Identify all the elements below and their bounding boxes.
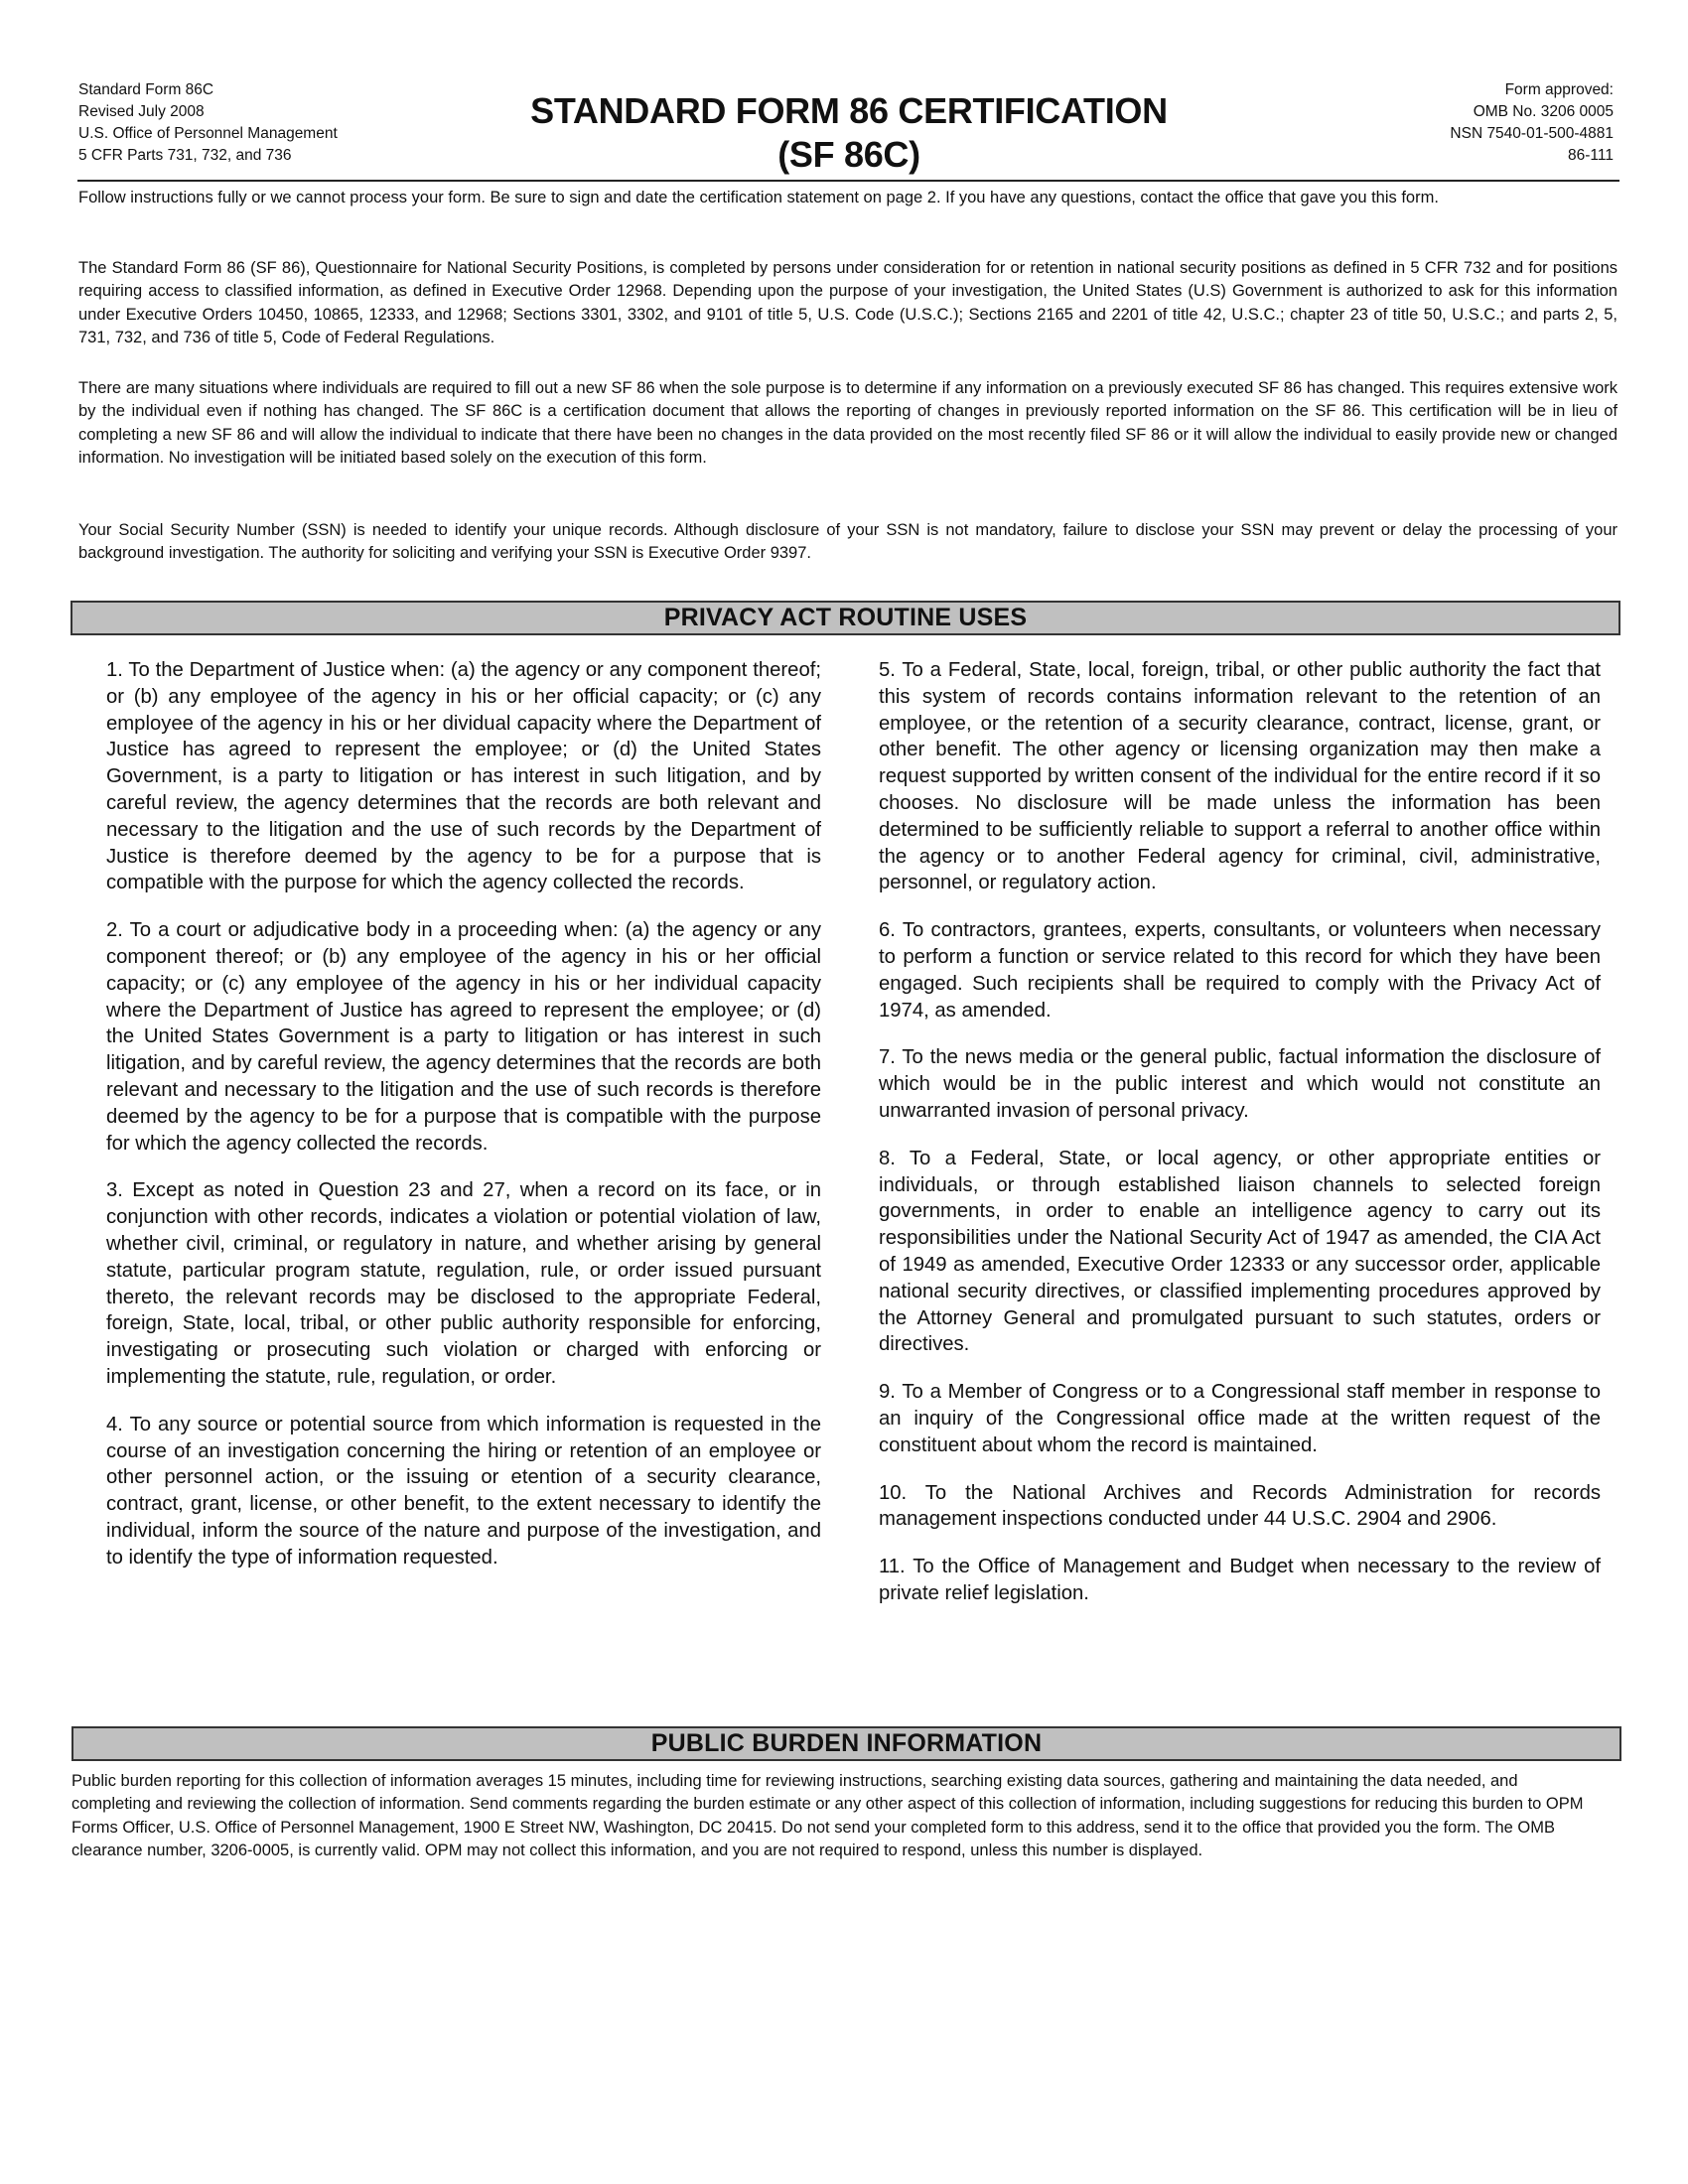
form-number: Standard Form 86C: [78, 79, 338, 101]
intro-paragraph: There are many situations where individu…: [78, 377, 1618, 470]
routine-use-item: 8. To a Federal, State, or local agency,…: [879, 1146, 1601, 1358]
omb-number: OMB No. 3206 0005: [1450, 101, 1614, 123]
intro-ssn: Your Social Security Number (SSN) is nee…: [78, 519, 1618, 566]
page-title: STANDARD FORM 86 CERTIFICATION (SF 86C): [427, 89, 1271, 177]
form-code: 86-111: [1450, 145, 1614, 167]
routine-use-item: 5. To a Federal, State, local, foreign, …: [879, 657, 1601, 896]
intro-paragraph: Follow instructions fully or we cannot p…: [78, 187, 1618, 209]
routine-use-item: 1. To the Department of Justice when: (a…: [106, 657, 821, 896]
intro-paragraph: Your Social Security Number (SSN) is nee…: [78, 519, 1618, 566]
intro-paragraph: The Standard Form 86 (SF 86), Questionna…: [78, 257, 1618, 349]
intro-authority: The Standard Form 86 (SF 86), Questionna…: [78, 257, 1618, 349]
intro-instructions: Follow instructions fully or we cannot p…: [78, 187, 1618, 209]
routine-use-item: 4. To any source or potential source fro…: [106, 1412, 821, 1571]
routine-use-item: 3. Except as noted in Question 23 and 27…: [106, 1177, 821, 1390]
routine-use-item: 6. To contractors, grantees, experts, co…: [879, 917, 1601, 1024]
routine-use-item: 7. To the news media or the general publ…: [879, 1044, 1601, 1124]
public-burden-heading-text: PUBLIC BURDEN INFORMATION: [651, 1729, 1042, 1758]
form-identification: Standard Form 86C Revised July 2008 U.S.…: [78, 79, 338, 167]
public-burden-text: Public burden reporting for this collect…: [71, 1770, 1601, 1862]
form-approved-label: Form approved:: [1450, 79, 1614, 101]
page-title-line2: (SF 86C): [427, 133, 1271, 177]
routine-uses-right-column: 5. To a Federal, State, local, foreign, …: [879, 657, 1601, 1628]
privacy-act-heading-text: PRIVACY ACT ROUTINE USES: [664, 604, 1028, 632]
routine-use-item: 2. To a court or adjudicative body in a …: [106, 917, 821, 1157]
intro-purpose: There are many situations where individu…: [78, 377, 1618, 470]
cfr-reference: 5 CFR Parts 731, 732, and 736: [78, 145, 338, 167]
page-title-line1: STANDARD FORM 86 CERTIFICATION: [427, 89, 1271, 133]
public-burden-heading: PUBLIC BURDEN INFORMATION: [71, 1726, 1621, 1761]
routine-use-item: 10. To the National Archives and Records…: [879, 1480, 1601, 1534]
form-revision: Revised July 2008: [78, 101, 338, 123]
routine-uses-left-column: 1. To the Department of Justice when: (a…: [106, 657, 821, 1592]
routine-use-item: 9. To a Member of Congress or to a Congr…: [879, 1379, 1601, 1458]
approval-info: Form approved: OMB No. 3206 0005 NSN 754…: [1450, 79, 1614, 167]
privacy-act-heading: PRIVACY ACT ROUTINE USES: [70, 601, 1620, 635]
header-divider: [77, 180, 1619, 182]
nsn-number: NSN 7540-01-500-4881: [1450, 123, 1614, 145]
issuing-agency: U.S. Office of Personnel Management: [78, 123, 338, 145]
routine-use-item: 11. To the Office of Management and Budg…: [879, 1554, 1601, 1607]
